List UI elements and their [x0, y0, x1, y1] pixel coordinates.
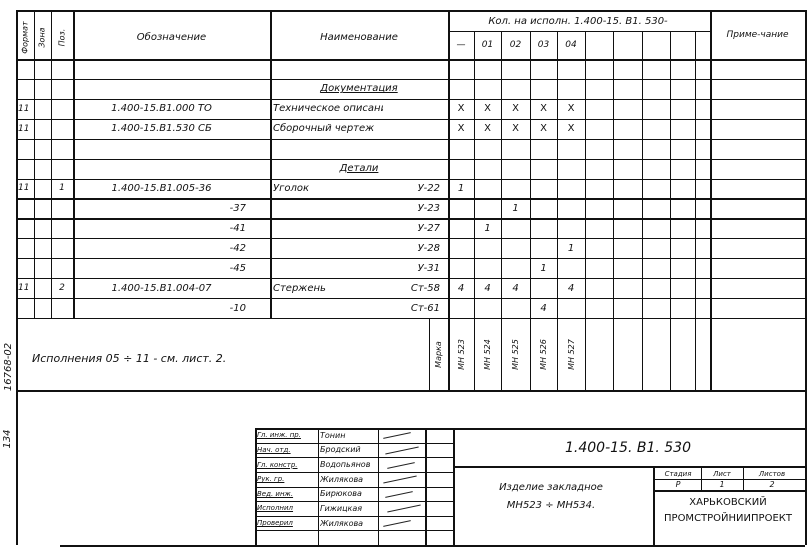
row-qty: X: [474, 119, 501, 139]
row-designation: -45: [77, 258, 246, 278]
variant-header: [670, 31, 695, 59]
row-designation: 1.400-15.В1.000 ТО: [77, 99, 246, 119]
row-qty: [501, 139, 530, 159]
signature-role: Рук. гр.: [257, 472, 317, 487]
sheets-label: Листов: [743, 468, 801, 479]
row-qty: [557, 258, 585, 278]
row-qty: [448, 79, 474, 99]
row-designation: -10: [77, 298, 246, 318]
row-qty: [474, 79, 501, 99]
row-qty: [501, 179, 530, 199]
row-name: [273, 298, 383, 318]
inventory-number: 16768-02: [3, 337, 17, 397]
row-format: 11: [18, 278, 34, 298]
row-qty: [557, 198, 585, 218]
signature-scribble: [387, 462, 415, 469]
mark-cell: МН 527: [557, 322, 585, 386]
variant-header: [613, 31, 642, 59]
row-designation: [77, 139, 246, 159]
marks-label-cell: Марка: [429, 322, 448, 386]
row-qty: [530, 179, 557, 199]
row-qty: [474, 258, 501, 278]
row-qty: [530, 238, 557, 258]
row-position: [51, 198, 73, 218]
org-line2: ПРОМСТРОЙНИИПРОЕКТ: [653, 510, 803, 526]
row-qty: [448, 159, 474, 179]
grid-line: [710, 10, 712, 390]
row-qty: 1: [530, 258, 557, 278]
sheets-value: 2: [743, 479, 801, 489]
row-qty: [557, 159, 585, 179]
row-designation: -42: [77, 238, 246, 258]
row-designation: [77, 59, 246, 79]
stage-label: Стадия: [655, 468, 701, 479]
grid-line: [34, 10, 35, 318]
row-mark: [380, 159, 440, 179]
sheet-label: Лист: [701, 468, 743, 479]
row-mark: [380, 99, 440, 119]
row-position: [51, 238, 73, 258]
signature-name: Бирюкова: [320, 487, 378, 502]
signature-name: Водопьянов: [320, 457, 378, 472]
doc-number: 1.400-15. В1. 530: [453, 430, 803, 466]
row-name: Техническое описание: [273, 99, 383, 119]
row-designation: 1.400-15.В1.004-07: [77, 278, 246, 298]
variant-header: —: [448, 31, 474, 59]
row-mark: У-27: [380, 218, 440, 238]
signature-scribble: [387, 505, 420, 513]
row-mark: [380, 119, 440, 139]
row-qty: [530, 218, 557, 238]
row-format: [18, 238, 34, 258]
row-qty: X: [448, 119, 474, 139]
row-qty: 1: [501, 198, 530, 218]
header-pos-label: Поз.: [58, 28, 67, 46]
header-pos: Поз.: [51, 14, 73, 60]
grid-line: [653, 479, 805, 480]
sheet-value: 1: [701, 479, 743, 489]
mark-value: МН 525: [511, 339, 520, 370]
variant-header: 02: [501, 31, 530, 59]
grid-line: [16, 10, 805, 12]
signature-scribble: [383, 476, 416, 484]
mark-cell: МН 523: [448, 322, 474, 386]
row-qty: [474, 198, 501, 218]
row-qty: [530, 59, 557, 79]
row-qty: [501, 59, 530, 79]
row-qty: [474, 298, 501, 318]
row-qty: [530, 139, 557, 159]
row-qty: X: [557, 99, 585, 119]
product-name-line1: Изделие закладное: [453, 478, 649, 496]
grid-line: [743, 466, 744, 490]
mark-value: МН 523: [457, 339, 466, 370]
variant-header: 01: [474, 31, 501, 59]
row-position: [51, 218, 73, 238]
grid-line: [73, 10, 75, 318]
row-mark: У-22: [380, 179, 440, 199]
row-designation: -37: [77, 198, 246, 218]
signature-name: Бродский: [320, 443, 378, 458]
variant-header: [585, 31, 613, 59]
signature-scribble: [383, 432, 411, 439]
row-qty: 1: [557, 238, 585, 258]
row-qty: [501, 258, 530, 278]
row-qty: 4: [530, 298, 557, 318]
row-format: [18, 79, 34, 99]
row-position: [51, 79, 73, 99]
row-qty: [474, 139, 501, 159]
row-qty: [448, 298, 474, 318]
row-designation: 1.400-15.В1.005-36: [77, 179, 246, 199]
header-zone: Зона: [34, 14, 51, 60]
row-qty: [448, 218, 474, 238]
row-qty: X: [530, 119, 557, 139]
mark-cell: [585, 322, 613, 386]
row-qty: X: [474, 99, 501, 119]
signature-name: Жиляковa: [320, 472, 378, 487]
row-qty: [530, 278, 557, 298]
row-position: [51, 298, 73, 318]
row-position: [51, 59, 73, 79]
row-mark: [380, 59, 440, 79]
row-format: [18, 218, 34, 238]
signature-scribble: [385, 491, 413, 498]
row-name: [273, 59, 383, 79]
row-designation: [77, 79, 246, 99]
row-mark: У-23: [380, 198, 440, 218]
row-qty: X: [501, 99, 530, 119]
row-qty: [501, 79, 530, 99]
row-qty: [474, 238, 501, 258]
mark-cell: [613, 322, 642, 386]
row-qty: 1: [474, 218, 501, 238]
row-qty: [448, 258, 474, 278]
row-format: [18, 59, 34, 79]
row-mark: [380, 139, 440, 159]
row-name: [273, 238, 383, 258]
signature-role: Исполнил: [257, 501, 317, 516]
row-qty: 4: [557, 278, 585, 298]
row-position: [51, 159, 73, 179]
row-position: 1: [51, 179, 73, 199]
row-name: Сборочный чертеж: [273, 119, 383, 139]
variant-header: [642, 31, 670, 59]
mark-cell: [695, 322, 710, 386]
header-zone-label: Зона: [38, 27, 47, 47]
row-position: [51, 99, 73, 119]
row-position: 2: [51, 278, 73, 298]
row-qty: [474, 159, 501, 179]
row-format: 11: [18, 179, 34, 199]
row-name: [273, 218, 383, 238]
row-qty: [501, 218, 530, 238]
signature-role: Гл. инж. пр.: [257, 428, 317, 443]
row-format: [18, 139, 34, 159]
row-mark: Ст-58: [380, 278, 440, 298]
row-qty: 4: [448, 278, 474, 298]
signature-role: Нач. отд.: [257, 443, 317, 458]
row-qty: [530, 159, 557, 179]
row-qty: [501, 159, 530, 179]
header-note: Приме-чание: [710, 12, 805, 58]
mark-cell: [670, 322, 695, 386]
row-qty: [530, 79, 557, 99]
row-qty: [474, 59, 501, 79]
signature-name: Тонин: [320, 428, 378, 443]
row-qty: [448, 139, 474, 159]
row-qty: X: [530, 99, 557, 119]
row-qty: [448, 198, 474, 218]
signature-role: Проверил: [257, 516, 317, 531]
row-qty: X: [557, 119, 585, 139]
marks-label: Марка: [434, 341, 443, 368]
row-qty: X: [501, 119, 530, 139]
header-qty-title: Кол. на исполн. 1.400-15. В1. 530-: [448, 10, 708, 32]
signature-name: Гижицкая: [320, 501, 378, 516]
row-qty: [557, 298, 585, 318]
row-mark: У-31: [380, 258, 440, 278]
product-name-line2: МН523 ÷ МН534.: [453, 496, 649, 514]
row-qty: [501, 298, 530, 318]
signature-scribble: [385, 446, 418, 454]
row-qty: [557, 218, 585, 238]
header-designation: Обозначение: [73, 14, 270, 60]
row-qty: 4: [474, 278, 501, 298]
row-name: [273, 258, 383, 278]
row-qty: [474, 179, 501, 199]
variant-header: 04: [557, 31, 585, 59]
row-qty: [557, 59, 585, 79]
row-format: [18, 159, 34, 179]
mark-value: МН 526: [539, 339, 548, 370]
row-format: 11: [18, 99, 34, 119]
header-name: Наименование: [270, 14, 448, 60]
mark-cell: МН 525: [501, 322, 530, 386]
signature-name: Жиляковa: [320, 516, 378, 531]
stage-value: Р: [655, 479, 701, 489]
row-position: [51, 139, 73, 159]
row-qty: X: [448, 99, 474, 119]
grid-line: [60, 545, 805, 547]
row-format: [18, 298, 34, 318]
grid-line: [255, 530, 453, 531]
mark-value: МН 527: [567, 339, 576, 370]
grid-line: [453, 466, 805, 468]
row-format: [18, 258, 34, 278]
row-designation: 1.400-15.В1.530 СБ: [77, 119, 246, 139]
row-format: 11: [18, 119, 34, 139]
mark-value: МН 524: [483, 339, 492, 370]
row-position: [51, 119, 73, 139]
grid-line: [653, 490, 805, 492]
mark-cell: МН 524: [474, 322, 501, 386]
row-name: Уголок: [273, 179, 383, 199]
row-name: Стержень: [273, 278, 383, 298]
grid-line: [653, 466, 655, 545]
grid-line: [701, 466, 702, 490]
sheet-ref: 134: [2, 424, 16, 454]
signature-scribble: [383, 520, 411, 527]
row-position: [51, 258, 73, 278]
row-format: [18, 198, 34, 218]
row-qty: [448, 238, 474, 258]
row-qty: 1: [448, 179, 474, 199]
row-mark: У-28: [380, 238, 440, 258]
row-name: [273, 139, 383, 159]
header-format-label: Формат: [21, 21, 30, 53]
signature-role: Вед. инж.: [257, 487, 317, 502]
row-mark: [380, 79, 440, 99]
grid-line: [453, 428, 455, 545]
org-line1: ХАРЬКОВСКИЙ: [653, 494, 803, 510]
variant-header: [695, 31, 710, 59]
row-qty: [557, 79, 585, 99]
grid-line: [16, 390, 805, 392]
grid-line: [805, 10, 807, 545]
row-mark: Ст-61: [380, 298, 440, 318]
row-qty: [557, 179, 585, 199]
grid-line: [16, 318, 18, 545]
mark-cell: МН 526: [530, 322, 557, 386]
row-qty: [501, 238, 530, 258]
row-designation: -41: [77, 218, 246, 238]
row-qty: 4: [501, 278, 530, 298]
row-qty: [530, 198, 557, 218]
header-format: Формат: [16, 14, 34, 60]
row-name: [273, 198, 383, 218]
variant-header: 03: [530, 31, 557, 59]
grid-line: [16, 318, 805, 319]
row-qty: [557, 139, 585, 159]
row-qty: [448, 59, 474, 79]
row-designation: [77, 159, 246, 179]
note-text: Исполнения 05 ÷ 11 - см. лист. 2.: [32, 352, 226, 365]
signature-role: Гл. констр.: [257, 457, 317, 472]
mark-cell: [642, 322, 670, 386]
